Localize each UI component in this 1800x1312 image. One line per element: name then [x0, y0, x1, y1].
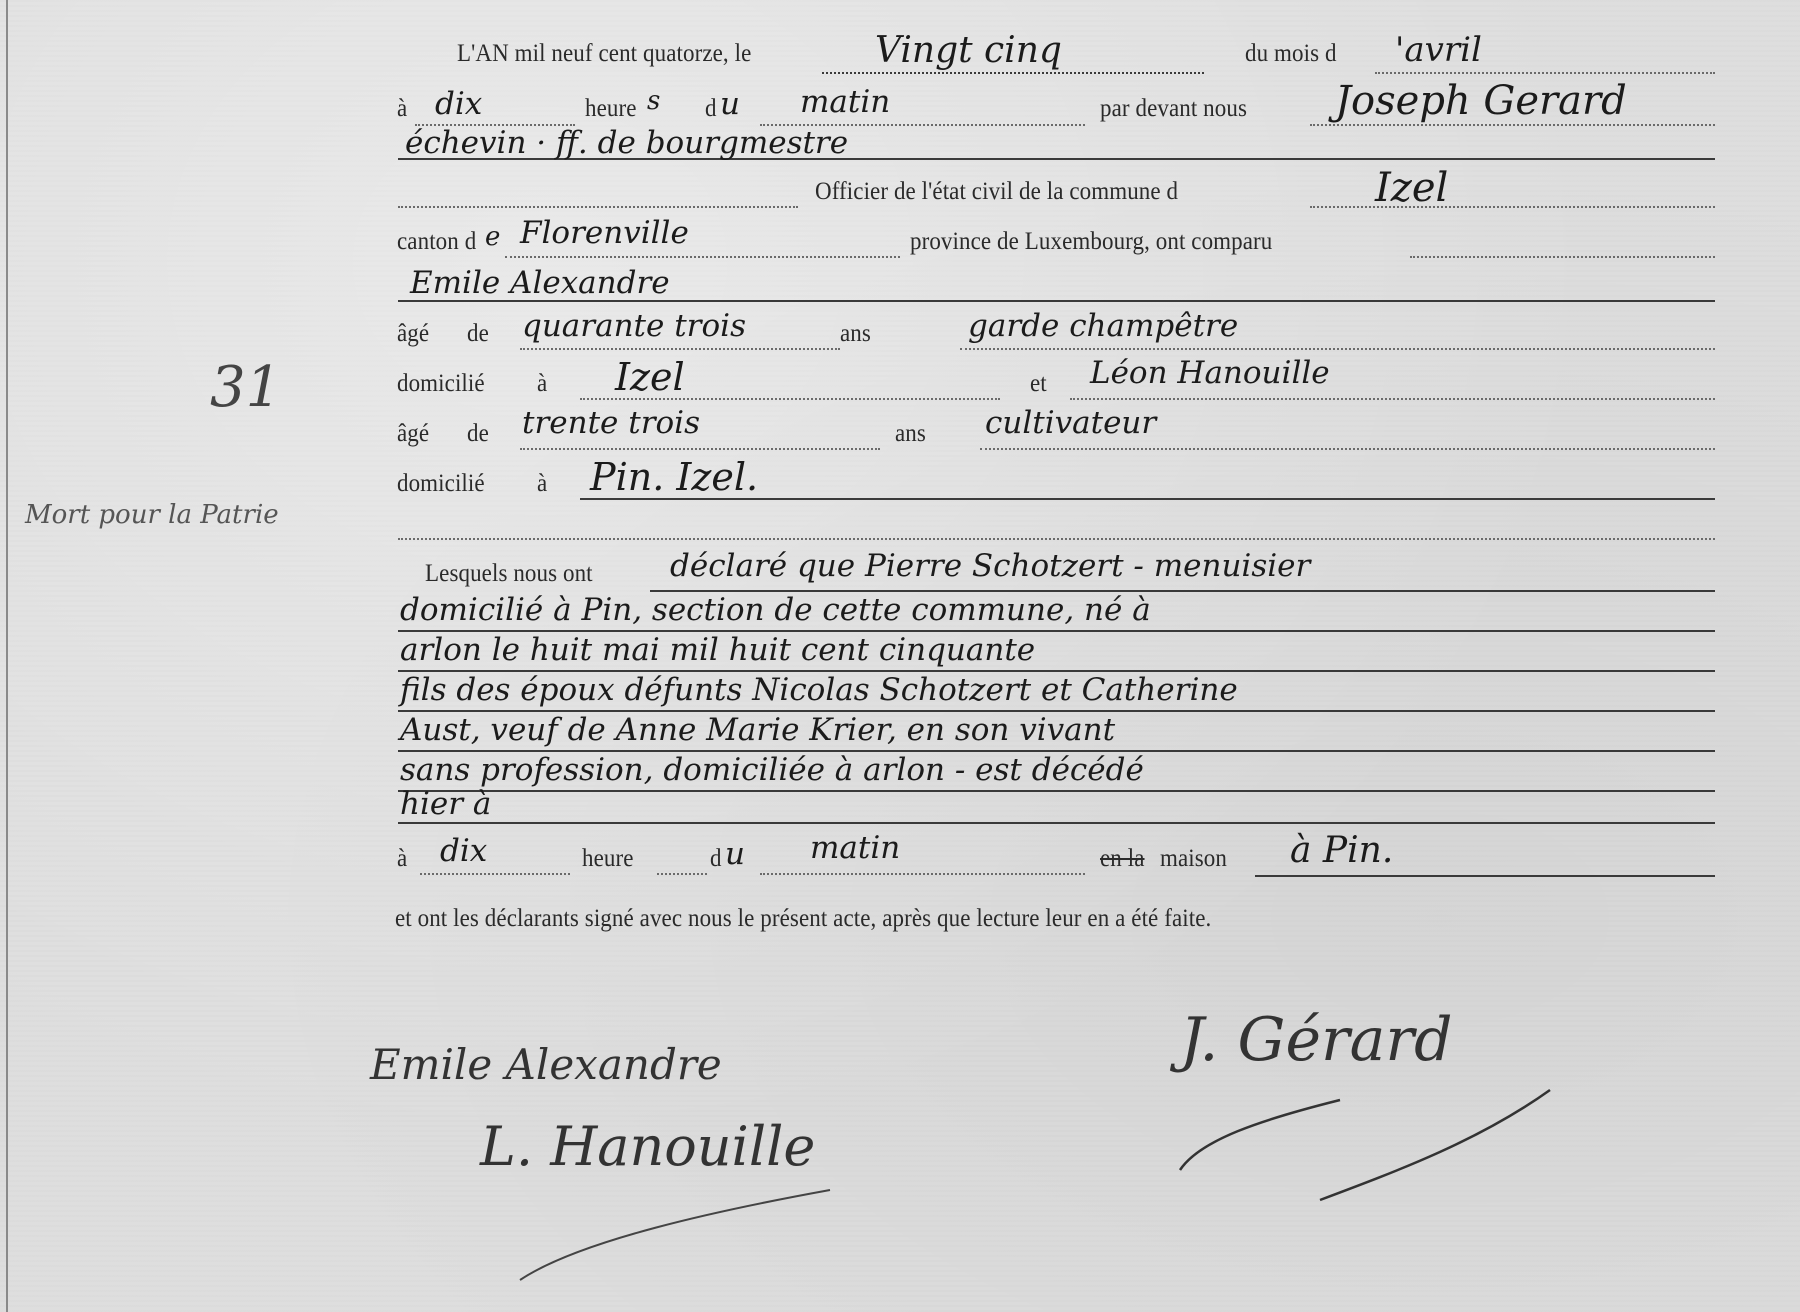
printed-death-d-label: d: [710, 845, 722, 873]
commune-value: Izel: [1375, 165, 1448, 211]
officer-title-value: échevin · ff. de bourgmestre: [405, 125, 848, 161]
printed-province-label: province de Luxembourg, ont comparu: [910, 228, 1272, 256]
month-field-line: [1375, 72, 1715, 74]
declaration-text-6: sans profession, domiciliée à arlon - es…: [400, 752, 1144, 788]
declarant2-occupation-line: [980, 448, 1715, 450]
printed-et-label: et: [1030, 370, 1047, 398]
printed-a-label-2: à: [537, 470, 547, 498]
printed-canton-label: canton d: [397, 228, 476, 256]
officer-name-value: Joseph Gerard: [1335, 78, 1627, 124]
declaration-text-5: Aust, veuf de Anne Marie Krier, en son v…: [400, 712, 1115, 748]
canton-suffix: e: [485, 222, 500, 252]
printed-devant-label: par devant nous: [1100, 95, 1247, 123]
declaration-text-1: déclaré que Pierre Schotzert - menuisier: [670, 548, 1310, 584]
margin-rule: [6, 0, 8, 1312]
blank-line: [398, 538, 1715, 540]
printed-age-label-2: âgé: [397, 420, 429, 448]
declarant1-age-value: quarante trois: [522, 308, 746, 344]
declarant1-occupation-line: [960, 348, 1715, 350]
printed-ans-label-2: ans: [895, 420, 926, 448]
printed-domicile-label: domicilié: [397, 370, 485, 398]
death-hour-line: [420, 873, 570, 875]
printed-death-a-label: à: [397, 845, 407, 873]
declarant2-domicile-value: Pin. Izel.: [590, 455, 758, 499]
declarant1-age-line: [520, 348, 840, 350]
declarant2-occupation-value: cultivateur: [985, 405, 1156, 441]
death-period-value: matin: [810, 830, 900, 866]
printed-a-label: à: [397, 95, 407, 123]
printed-de-label-2: de: [467, 420, 489, 448]
printed-month-label: du mois d: [1245, 40, 1337, 68]
printed-maison-label: maison: [1160, 845, 1227, 873]
commune-field-line: [1310, 206, 1715, 208]
declarant2-name-line: [1070, 398, 1715, 400]
day-field-line: [822, 72, 1204, 74]
signature-flourish-declarant2: [500, 1180, 840, 1290]
printed-maison-strike: en la: [1100, 845, 1145, 873]
record-number: 31: [210, 355, 281, 420]
declaration-text-4: fils des époux défunts Nicolas Schotzert…: [400, 672, 1238, 708]
blank-field-line: [398, 206, 798, 208]
declaration-text-3: arlon le huit mai mil huit cent cinquant…: [400, 632, 1035, 668]
signature-declarant2: L. Hanouille: [480, 1115, 815, 1178]
death-heure-dots: [657, 873, 707, 875]
officer-field-line: [1310, 124, 1715, 126]
death-place-value: à Pin.: [1290, 830, 1393, 871]
printed-heure-label: heure: [585, 95, 637, 123]
signature-declarant1: Emile Alexandre: [370, 1040, 722, 1089]
death-place-line: [1255, 875, 1715, 877]
declarant2-age-line: [520, 448, 880, 450]
canton-value: Florenville: [520, 215, 689, 251]
margin-note: Mort pour la Patrie: [25, 500, 279, 530]
declarant1-occupation-value: garde champêtre: [968, 308, 1238, 344]
printed-a-label: à: [537, 370, 547, 398]
declaration-text-7: hier à: [400, 786, 491, 822]
printed-death-heure-label: heure: [582, 845, 634, 873]
death-period-prefix: u: [725, 836, 745, 872]
printed-year-label: L'AN mil neuf cent quatorze, le: [457, 40, 751, 68]
period-prefix: u: [720, 86, 740, 122]
death-period-line: [760, 873, 1085, 875]
declaration-line-6: [398, 790, 1715, 792]
period-value: matin: [800, 84, 890, 120]
declarant2-age-value: trente trois: [522, 405, 700, 441]
document-page: 31 Mort pour la Patrie L'AN mil neuf cen…: [0, 0, 1800, 1312]
printed-d-label: d: [705, 95, 717, 123]
canton-field-line: [505, 256, 900, 258]
death-hour-value: dix: [440, 833, 487, 869]
printed-age-label: âgé: [397, 320, 429, 348]
declarant1-name-value: Emile Alexandre: [410, 265, 670, 301]
declarant2-name-value: Léon Hanouille: [1090, 355, 1330, 391]
declarant1-domicile-value: Izel: [615, 355, 685, 399]
month-value: 'avril: [1395, 30, 1482, 70]
day-value: Vingt cinq: [875, 30, 1062, 71]
hour-value: dix: [435, 86, 482, 122]
printed-officer-label: Officier de l'état civil de la commune d: [815, 178, 1178, 206]
declaration-text-2: domicilié à Pin, section de cette commun…: [400, 592, 1151, 628]
printed-de-label: de: [467, 320, 489, 348]
comparu-field-line: [1410, 256, 1715, 258]
hour-suffix: s: [647, 86, 660, 116]
closing-statement: et ont les déclarants signé avec nous le…: [395, 905, 1211, 933]
printed-ans-label: ans: [840, 320, 871, 348]
printed-lesquels-label: Lesquels nous ont: [425, 560, 593, 588]
declaration-line-7: [398, 822, 1715, 824]
signature-flourish-officer: [1140, 1060, 1560, 1210]
printed-domicile-label-2: domicilié: [397, 470, 485, 498]
